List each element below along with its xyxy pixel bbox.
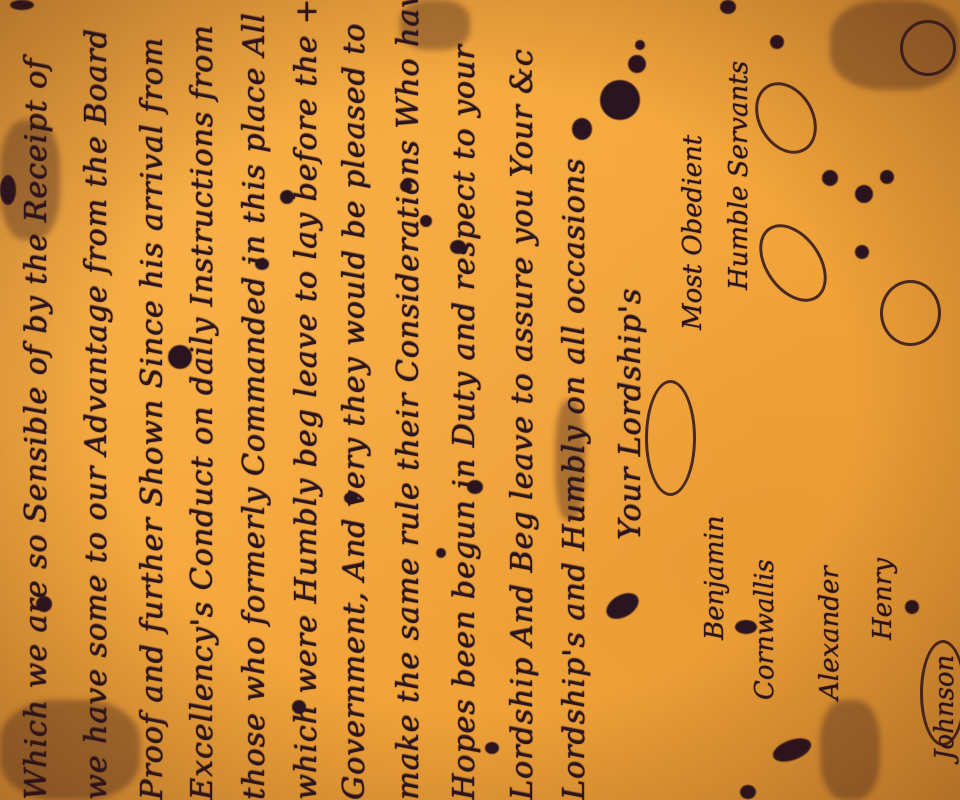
ink-blot — [855, 185, 873, 203]
signature-flourish — [900, 20, 956, 76]
ink-blot — [0, 175, 16, 205]
ink-blot — [400, 180, 412, 192]
letter-line-4: Excellency's Conduct on daily Instructio… — [188, 24, 218, 800]
closing-line-2: Humble Servants — [724, 61, 754, 290]
signature-flourish — [920, 640, 960, 746]
ink-blot — [735, 620, 757, 634]
letter-line-7: Government, And very they would be pleas… — [340, 23, 370, 800]
ink-blot — [602, 588, 643, 625]
ink-blot — [905, 600, 919, 614]
letter-line-2: we have some to our Advantage from the B… — [82, 28, 112, 800]
letter-line-5: those who formerly Commanded in this pla… — [240, 0, 270, 800]
signature-flourish — [880, 280, 941, 346]
ink-blot — [855, 245, 869, 259]
ink-blot — [450, 240, 466, 254]
ink-blot — [485, 742, 499, 754]
letter-line-8: make the same rule their Considerations … — [394, 0, 424, 800]
signature-flourish — [743, 71, 829, 165]
ink-blot — [255, 258, 269, 270]
ink-blot — [420, 215, 432, 227]
ink-blot — [344, 492, 358, 504]
ink-blot — [770, 734, 814, 766]
signature-flourish — [645, 380, 696, 496]
ink-stain — [820, 700, 880, 800]
ink-blot — [628, 55, 646, 73]
ink-blot — [600, 80, 640, 120]
ink-blot — [467, 480, 483, 494]
signature-flourish — [745, 212, 840, 315]
signature-4: Henry — [868, 558, 898, 640]
ink-blot — [572, 118, 592, 140]
closing-line-1: Most Obedient — [678, 135, 708, 330]
signature-3: Alexander — [815, 566, 845, 700]
ink-blot — [10, 0, 34, 10]
ink-blot — [635, 40, 645, 50]
ink-blot — [436, 548, 446, 558]
ink-blot — [720, 0, 736, 14]
letter-line-11: Lordship's and Humbly on all occasions — [560, 158, 590, 800]
ink-blot — [880, 170, 894, 184]
ink-blot — [292, 700, 306, 714]
ink-blot — [168, 345, 192, 369]
ink-blot — [740, 785, 756, 799]
signature-1: Benjamin — [700, 515, 730, 640]
ink-blot — [36, 596, 52, 612]
ink-blot — [822, 170, 838, 186]
letter-line-9: Hopes been begun in Duty and respect to … — [450, 44, 480, 800]
ink-blot — [770, 35, 784, 49]
letter-line-1: Which we are so Sensible of by the Recei… — [22, 58, 52, 800]
letter-line-10: Lordship And Beg leave to assure you You… — [508, 49, 538, 800]
letter-line-3: Proof and further Shown Since his arriva… — [138, 37, 168, 800]
ink-blot — [280, 190, 294, 204]
letter-line-6: which were Humbly beg leave to lay befor… — [292, 0, 322, 800]
manuscript-page: Which we are so Sensible of by the Recei… — [0, 0, 960, 800]
letter-line-12: Your Lordship's — [616, 288, 646, 540]
